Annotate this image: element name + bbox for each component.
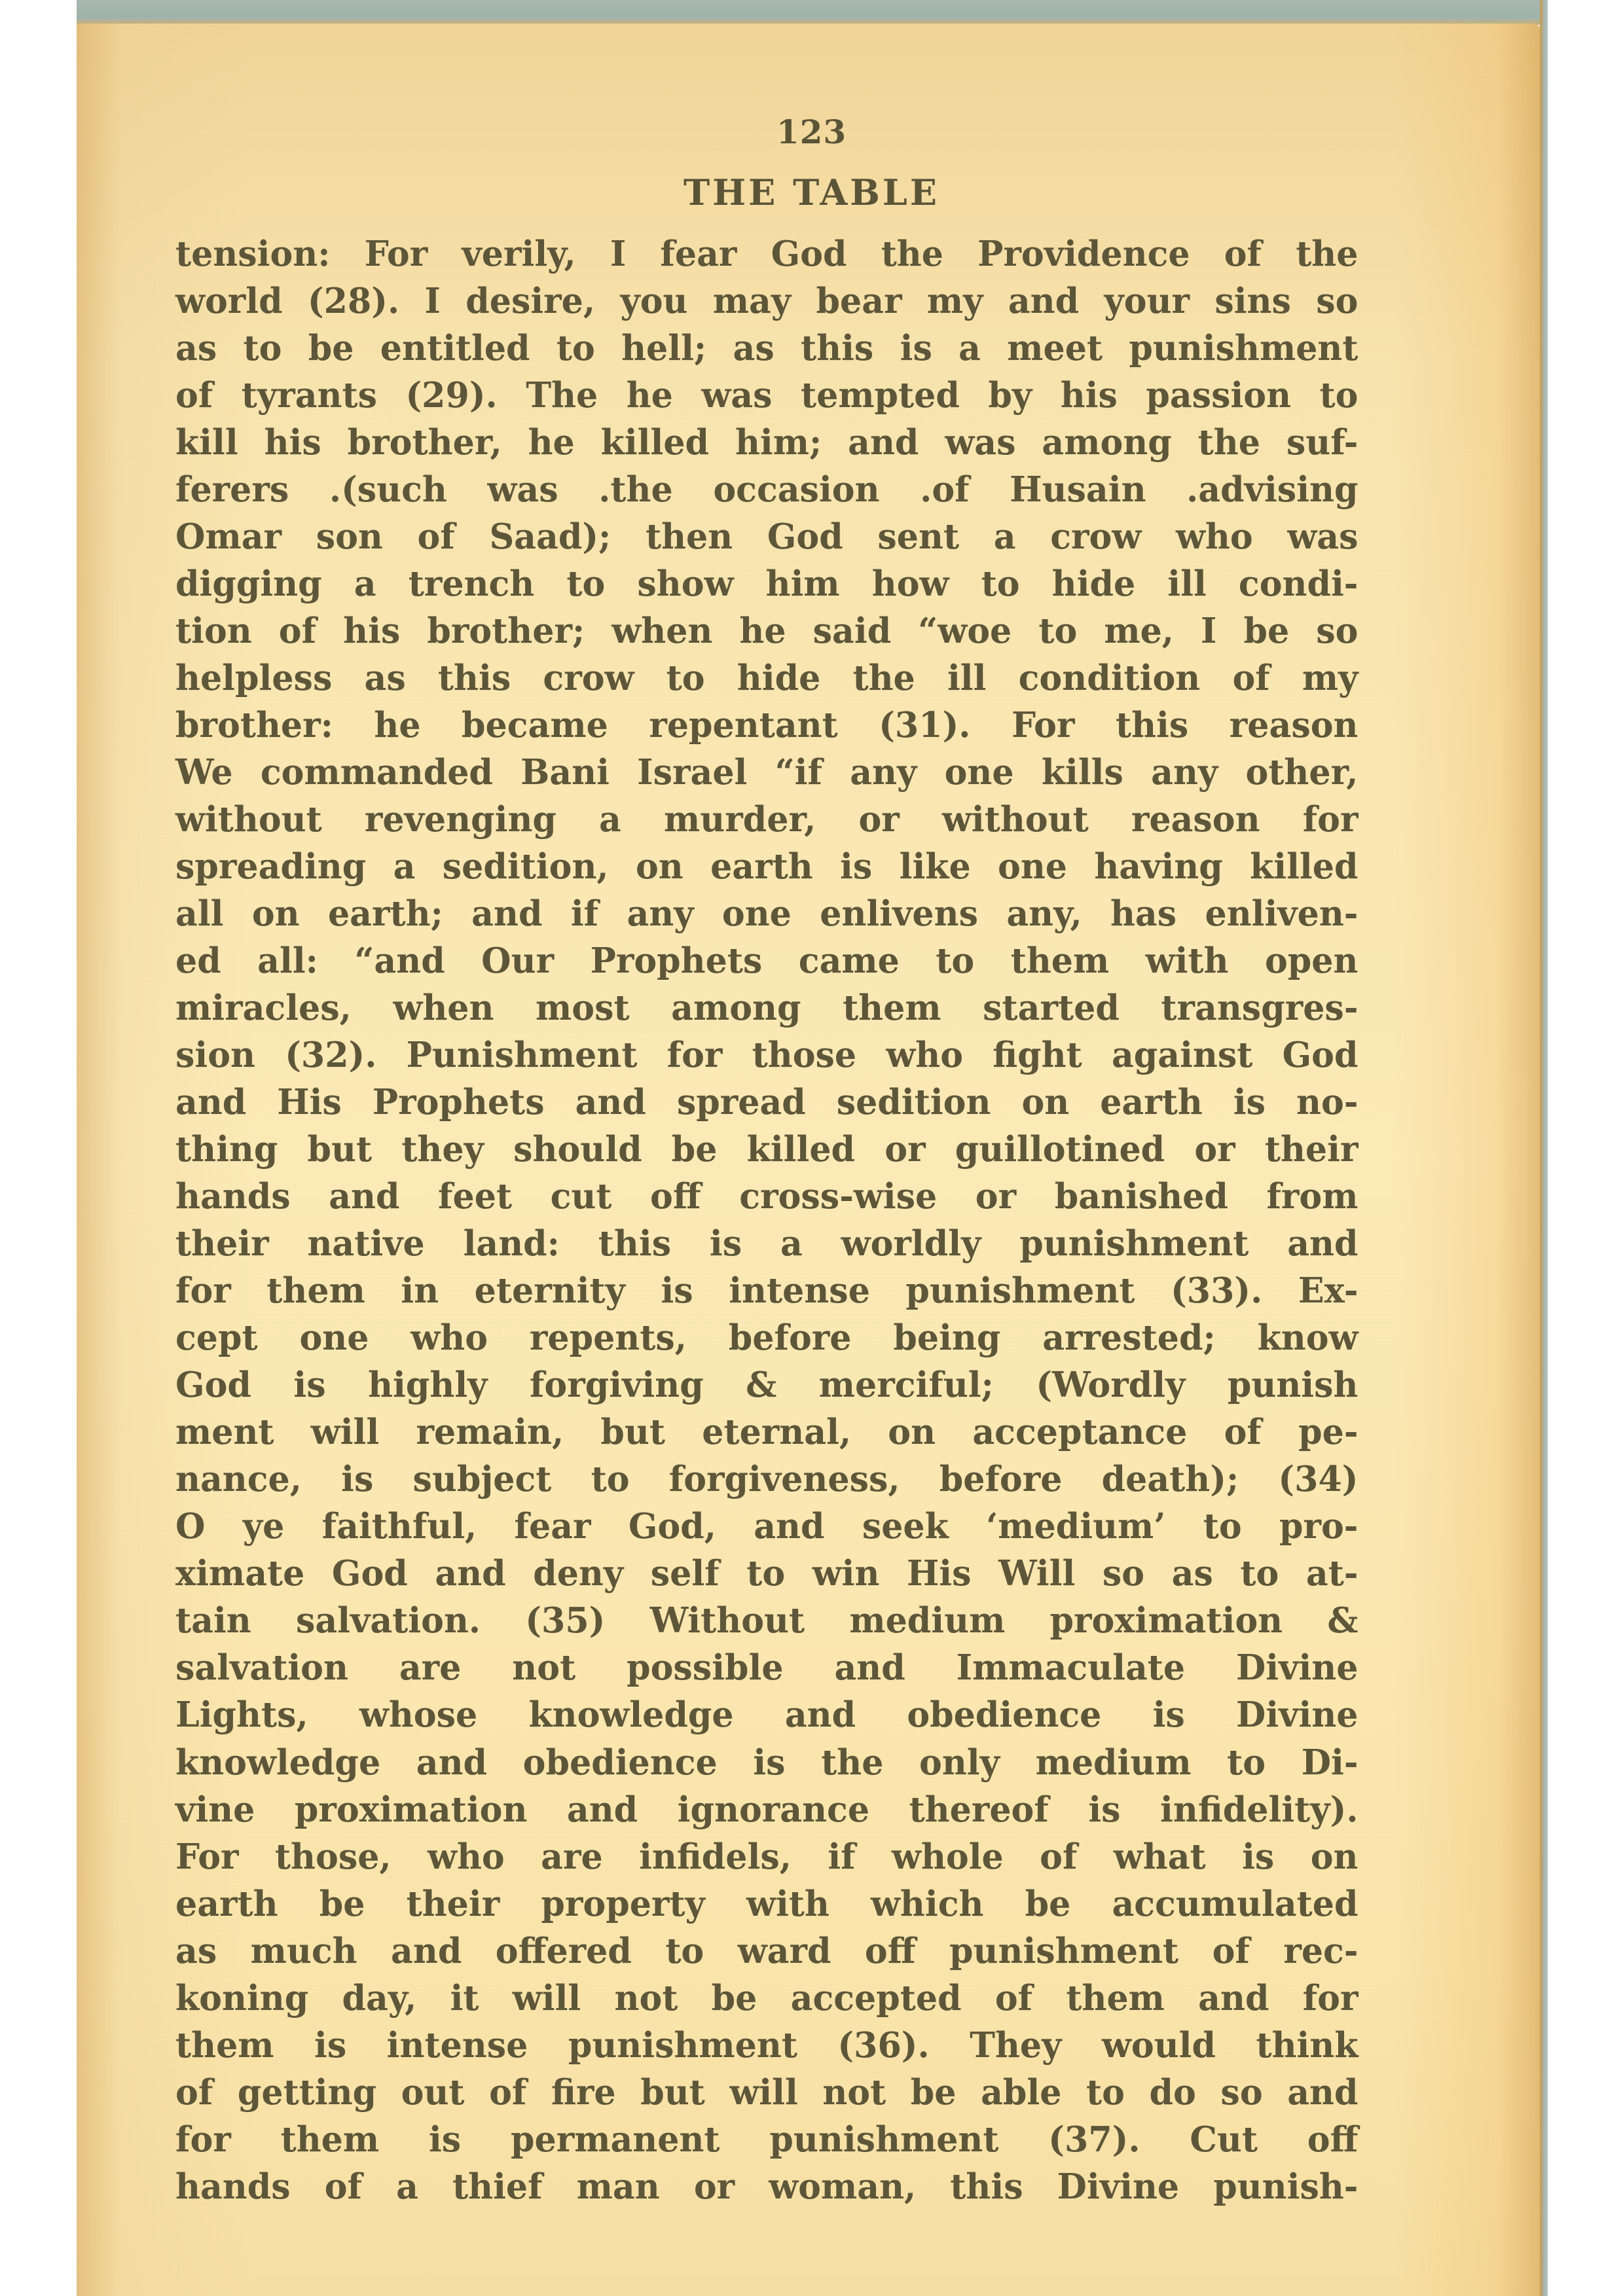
text-line: nance, is subject to forgiveness, before… xyxy=(175,1456,1358,1503)
text-line: world (28). I desire, you may bear my an… xyxy=(175,278,1358,325)
text-line: all on earth; and if any one enlivens an… xyxy=(175,890,1358,937)
text-line: tension: For verily, I fear God the Prov… xyxy=(175,230,1358,278)
running-head: THE TABLE xyxy=(0,171,1623,213)
text-line: We commanded Bani Israel “if any one kil… xyxy=(175,749,1358,796)
text-line: ed all: “and Our Prophets came to them w… xyxy=(175,937,1358,984)
text-line: Omar son of Saad); then God sent a crow … xyxy=(175,513,1358,560)
text-line: hands and feet cut off cross-wise or ban… xyxy=(175,1173,1358,1220)
text-line: them is intense punishment (36). They wo… xyxy=(175,2022,1358,2069)
page-number: 123 xyxy=(0,113,1623,151)
text-line: miracles, when most among them started t… xyxy=(175,984,1358,1031)
text-line: cept one who repents, before being arres… xyxy=(175,1314,1358,1361)
text-line: thing but they should be killed or guill… xyxy=(175,1126,1358,1173)
text-line: digging a trench to show him how to hide… xyxy=(175,560,1358,607)
text-line: knowledge and obedience is the only medi… xyxy=(175,1739,1358,1786)
scanner-bed-right xyxy=(1540,0,1548,2296)
text-line: kill his brother, he killed him; and was… xyxy=(175,419,1358,466)
text-line: spreading a sedition, on earth is like o… xyxy=(175,843,1358,890)
text-line: and His Prophets and spread sedition on … xyxy=(175,1079,1358,1126)
text-line: Lights, whose knowledge and obedience is… xyxy=(175,1691,1358,1738)
text-line: earth be their property with which be ac… xyxy=(175,1880,1358,1928)
text-line: For those, who are infidels, if whole of… xyxy=(175,1833,1358,1880)
text-line: vine proximation and ignorance thereof i… xyxy=(175,1786,1358,1833)
text-line: sion (32). Punishment for those who figh… xyxy=(175,1031,1358,1079)
text-line: ferers .(such was .the occasion .of Husa… xyxy=(175,466,1358,513)
scanner-bed-top xyxy=(77,0,1546,25)
body-text: tension: For verily, I fear God the Prov… xyxy=(175,230,1376,2210)
text-line: ment will remain, but eternal, on accept… xyxy=(175,1408,1358,1456)
text-line: helpless as this crow to hide the ill co… xyxy=(175,655,1358,702)
text-line: ximate God and deny self to win His Will… xyxy=(175,1550,1358,1597)
text-line: tion of his brother; when he said “woe t… xyxy=(175,607,1358,655)
text-line: God is highly forgiving & merciful; (Wor… xyxy=(175,1361,1358,1408)
text-line: salvation are not possible and Immaculat… xyxy=(175,1644,1358,1691)
text-line: of tyrants (29). The he was tempted by h… xyxy=(175,372,1358,419)
text-line: O ye faithful, fear God, and seek ‘mediu… xyxy=(175,1503,1358,1550)
text-line: as to be entitled to hell; as this is a … xyxy=(175,325,1358,372)
text-line: koning day, it will not be accepted of t… xyxy=(175,1975,1358,2022)
text-line: brother: he became repentant (31). For t… xyxy=(175,702,1358,749)
text-line: tain salvation. (35) Without medium prox… xyxy=(175,1597,1358,1644)
text-line: their native land: this is a worldly pun… xyxy=(175,1220,1358,1267)
text-line: as much and offered to ward off punishme… xyxy=(175,1928,1358,1975)
text-line: without revenging a murder, or without r… xyxy=(175,796,1358,843)
text-line: for them is permanent punishment (37). C… xyxy=(175,2116,1358,2163)
text-line: hands of a thief man or woman, this Divi… xyxy=(175,2163,1358,2210)
text-line: of getting out of fire but will not be a… xyxy=(175,2069,1358,2116)
text-line: for them in eternity is intense punishme… xyxy=(175,1267,1358,1314)
